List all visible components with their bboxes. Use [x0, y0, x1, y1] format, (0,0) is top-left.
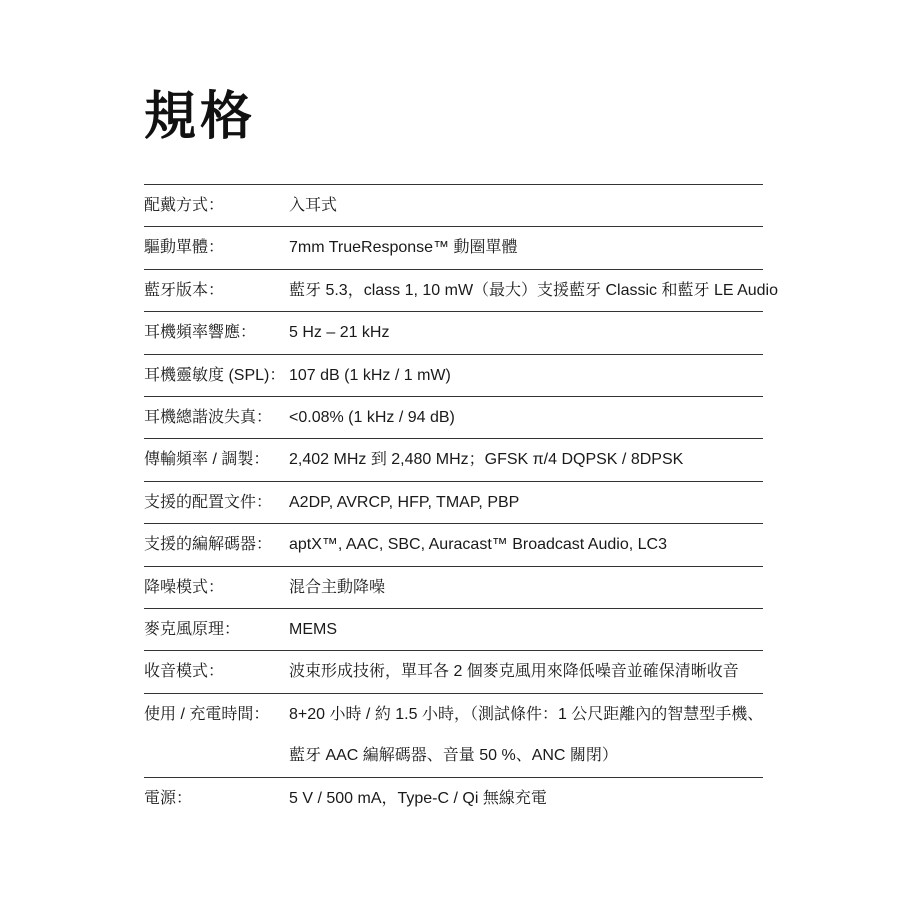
spec-page: 規格 配戴方式： 入耳式 驅動單體： 7mm TrueResponse™ 動圈單…: [0, 0, 900, 900]
spec-value: A2DP, AVRCP, HFP, TMAP, PBP: [289, 482, 763, 523]
spec-value-line: 藍牙 AAC 編解碼器、音量 50 %、ANC 關閉）: [289, 735, 763, 776]
spec-value-line: 入耳式: [289, 185, 763, 226]
spec-value: 5 V / 500 mA，Type-C / Qi 無線充電: [289, 778, 763, 819]
spec-value-line: 2,402 MHz 到 2,480 MHz；GFSK π/4 DQPSK / 8…: [289, 439, 763, 480]
spec-label: 耳機頻率響應：: [144, 312, 289, 353]
table-row: 支援的配置文件： A2DP, AVRCP, HFP, TMAP, PBP: [144, 482, 763, 524]
spec-value-line: 藍牙 5.3，class 1, 10 mW（最大）支援藍牙 Classic 和藍…: [289, 270, 778, 311]
table-row: 驅動單體： 7mm TrueResponse™ 動圈單體: [144, 227, 763, 269]
spec-label: 傳輸頻率 / 調製：: [144, 439, 289, 480]
table-row: 電源： 5 V / 500 mA，Type-C / Qi 無線充電: [144, 778, 763, 819]
table-row: 耳機靈敏度 (SPL)： 107 dB (1 kHz / 1 mW): [144, 355, 763, 397]
spec-value: 107 dB (1 kHz / 1 mW): [289, 355, 763, 396]
table-row: 麥克風原理： MEMS: [144, 609, 763, 651]
spec-label: 耳機靈敏度 (SPL)：: [144, 355, 289, 396]
spec-value: aptX™, AAC, SBC, Auracast™ Broadcast Aud…: [289, 524, 763, 565]
spec-value-line: 5 V / 500 mA，Type-C / Qi 無線充電: [289, 778, 763, 819]
spec-label: 使用 / 充電時間：: [144, 694, 289, 735]
spec-label: 支援的配置文件：: [144, 482, 289, 523]
table-row: 支援的編解碼器： aptX™, AAC, SBC, Auracast™ Broa…: [144, 524, 763, 566]
spec-label: 電源：: [144, 778, 289, 819]
spec-label: 麥克風原理：: [144, 609, 289, 650]
spec-label: 藍牙版本：: [144, 270, 289, 311]
table-row: 降噪模式： 混合主動降噪: [144, 567, 763, 609]
spec-label: 耳機總諧波失真：: [144, 397, 289, 438]
table-row: 耳機總諧波失真： <0.08% (1 kHz / 94 dB): [144, 397, 763, 439]
table-row: 耳機頻率響應： 5 Hz – 21 kHz: [144, 312, 763, 354]
spec-label: 支援的編解碼器：: [144, 524, 289, 565]
spec-value-line: 波束形成技術，單耳各 2 個麥克風用來降低噪音並確保清晰收音: [289, 651, 763, 692]
spec-value-line: 7mm TrueResponse™ 動圈單體: [289, 227, 763, 268]
spec-label: 收音模式：: [144, 651, 289, 692]
spec-value: <0.08% (1 kHz / 94 dB): [289, 397, 763, 438]
spec-value-line: MEMS: [289, 609, 763, 650]
table-row: 傳輸頻率 / 調製： 2,402 MHz 到 2,480 MHz；GFSK π/…: [144, 439, 763, 481]
table-row: 配戴方式： 入耳式: [144, 185, 763, 227]
spec-value: 5 Hz – 21 kHz: [289, 312, 763, 353]
spec-value-line: 混合主動降噪: [289, 567, 763, 608]
spec-value: 波束形成技術，單耳各 2 個麥克風用來降低噪音並確保清晰收音: [289, 651, 763, 692]
spec-value: 混合主動降噪: [289, 567, 763, 608]
page-title: 規格: [144, 88, 256, 148]
spec-value-line: 107 dB (1 kHz / 1 mW): [289, 355, 763, 396]
spec-value: 入耳式: [289, 185, 763, 226]
spec-value: MEMS: [289, 609, 763, 650]
spec-value-line: 8+20 小時 / 約 1.5 小時，（測試條件：1 公尺距離內的智慧型手機、: [289, 694, 763, 735]
spec-value: 8+20 小時 / 約 1.5 小時，（測試條件：1 公尺距離內的智慧型手機、藍…: [289, 694, 763, 777]
table-row: 藍牙版本： 藍牙 5.3，class 1, 10 mW（最大）支援藍牙 Clas…: [144, 270, 763, 312]
spec-value-line: A2DP, AVRCP, HFP, TMAP, PBP: [289, 482, 763, 523]
spec-label: 驅動單體：: [144, 227, 289, 268]
spec-value-line: 5 Hz – 21 kHz: [289, 312, 763, 353]
spec-label: 降噪模式：: [144, 567, 289, 608]
table-row: 收音模式： 波束形成技術，單耳各 2 個麥克風用來降低噪音並確保清晰收音: [144, 651, 763, 693]
spec-label: 配戴方式：: [144, 185, 289, 226]
spec-value: 藍牙 5.3，class 1, 10 mW（最大）支援藍牙 Classic 和藍…: [289, 270, 778, 311]
spec-value: 7mm TrueResponse™ 動圈單體: [289, 227, 763, 268]
spec-value-line: <0.08% (1 kHz / 94 dB): [289, 397, 763, 438]
spec-value-line: aptX™, AAC, SBC, Auracast™ Broadcast Aud…: [289, 524, 763, 565]
table-row: 使用 / 充電時間： 8+20 小時 / 約 1.5 小時，（測試條件：1 公尺…: [144, 694, 763, 778]
spec-value: 2,402 MHz 到 2,480 MHz；GFSK π/4 DQPSK / 8…: [289, 439, 763, 480]
spec-table: 配戴方式： 入耳式 驅動單體： 7mm TrueResponse™ 動圈單體 藍…: [144, 184, 763, 819]
